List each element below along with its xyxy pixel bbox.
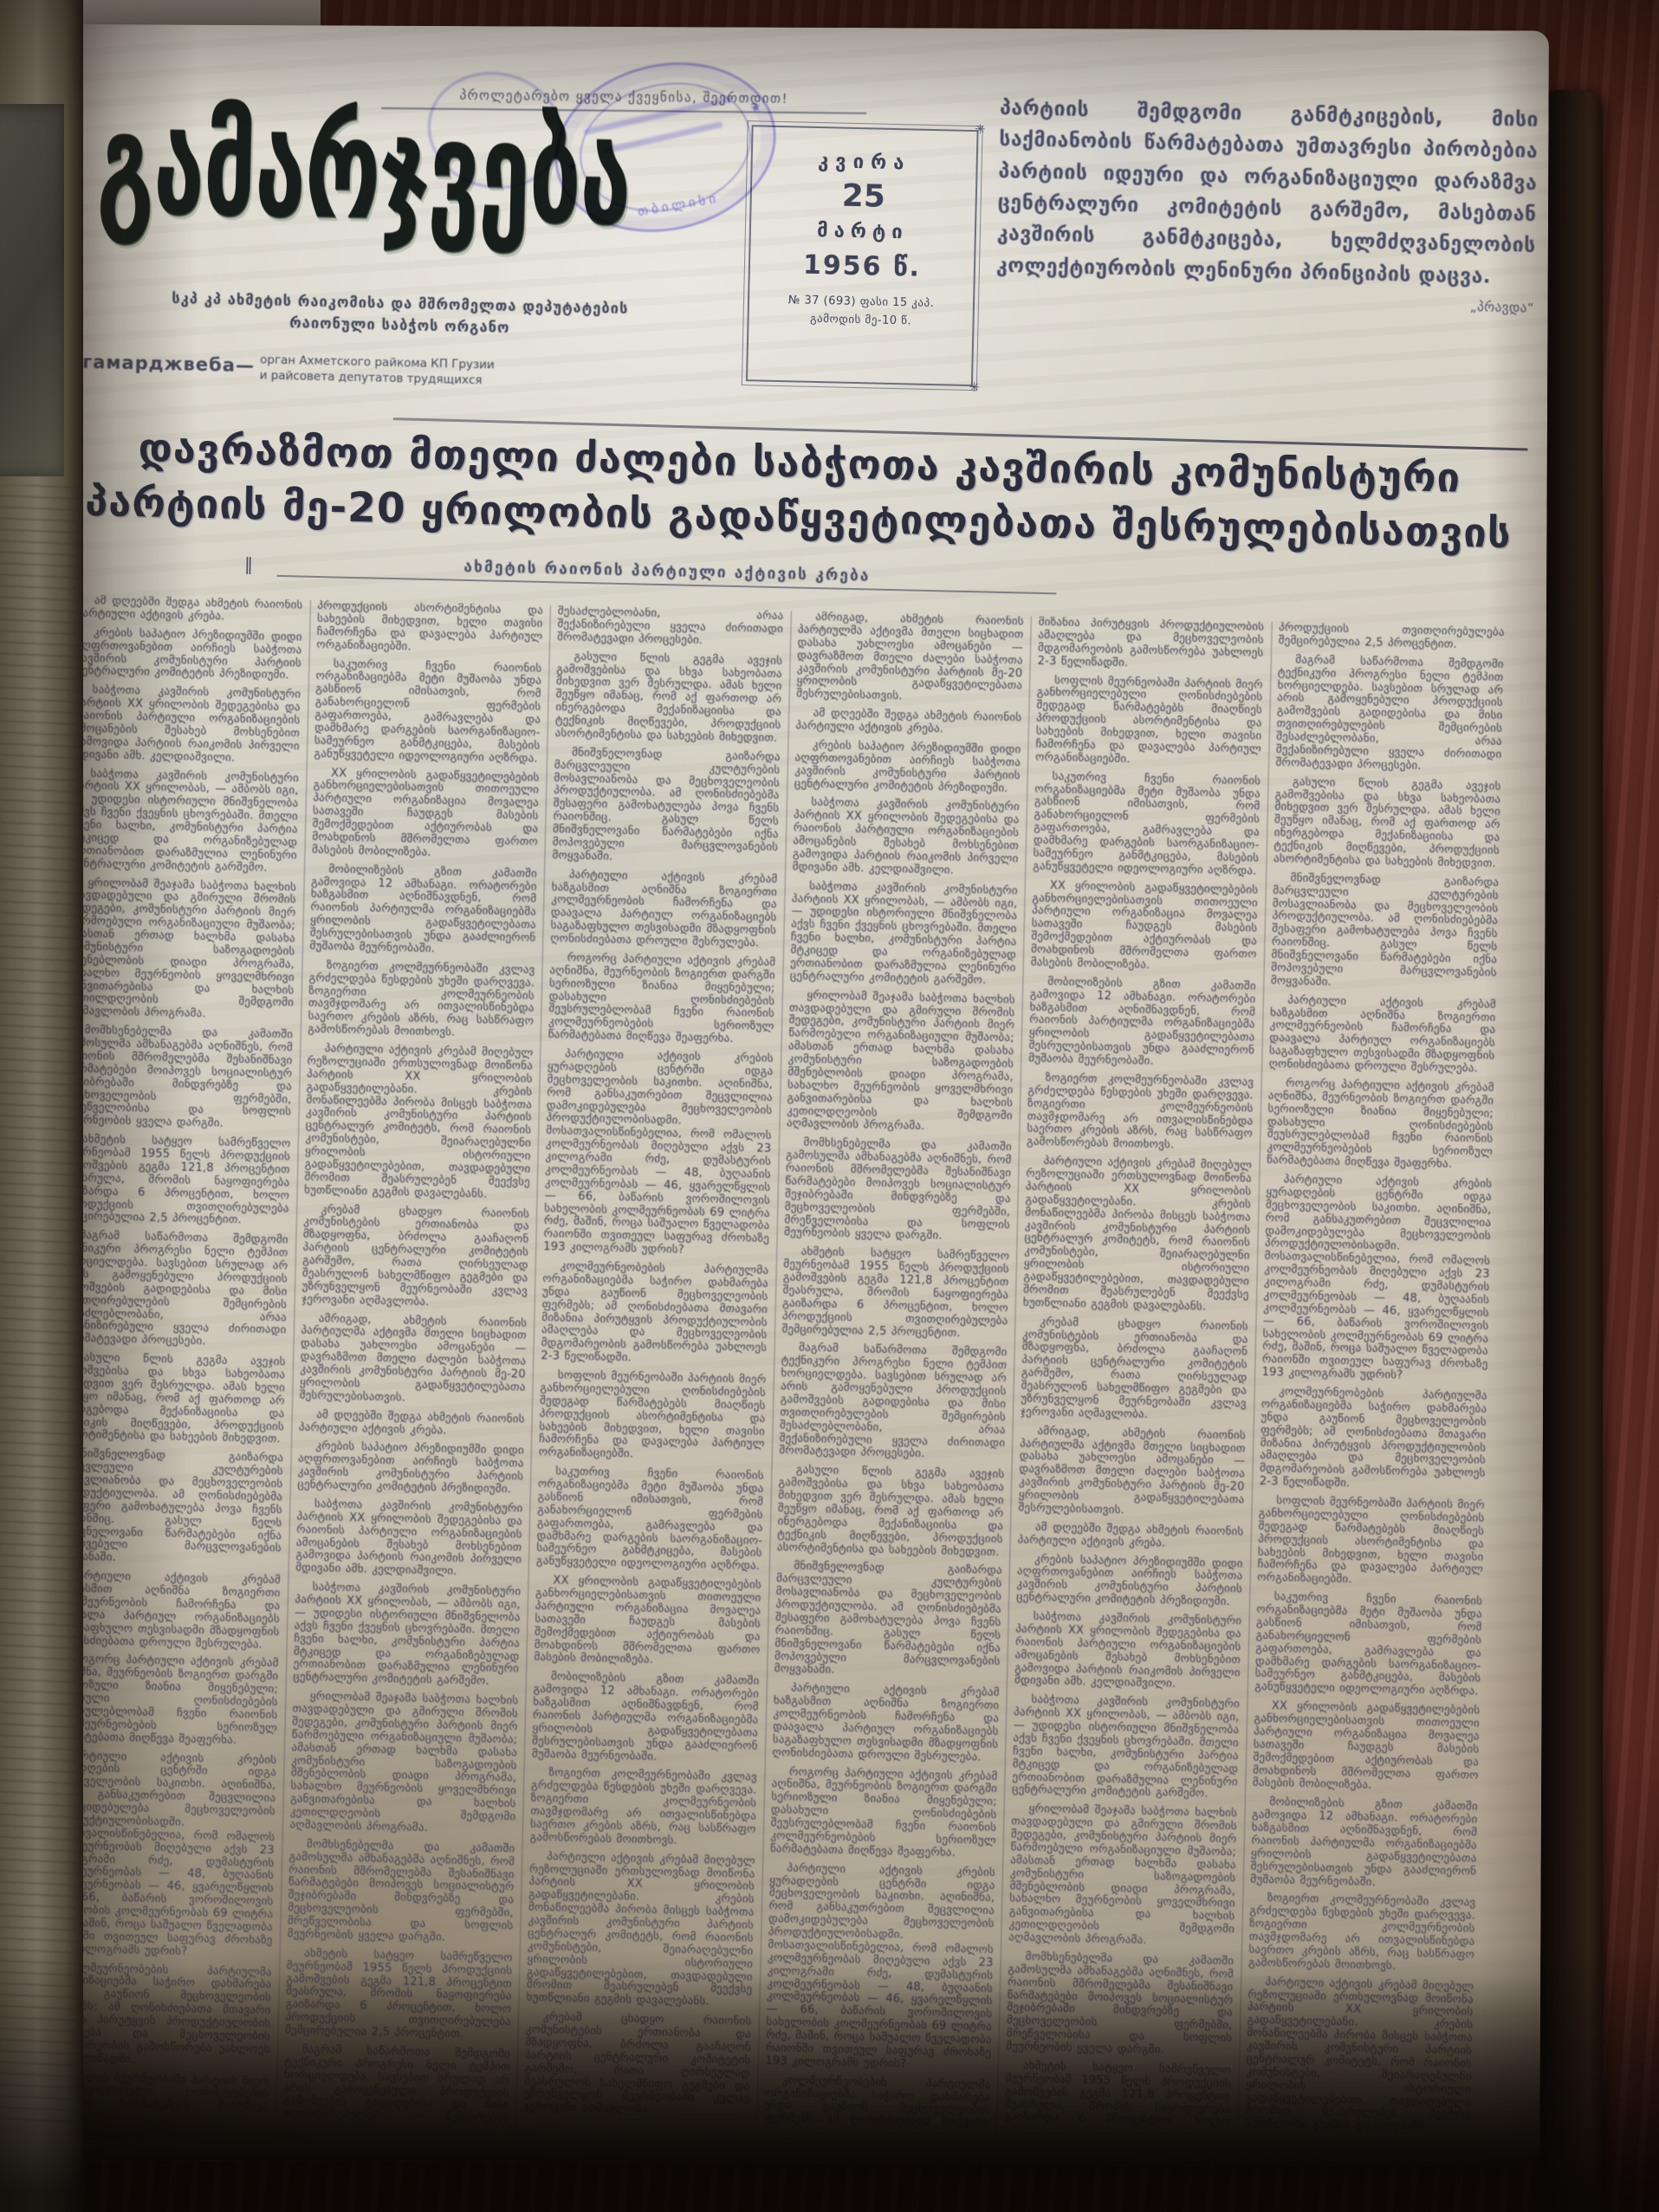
article-paragraph: როგორც პარტიული აქტივის კრებამ აღნიშნა, … xyxy=(548,952,776,1047)
newspaper-title: გამარჯვება xyxy=(95,82,800,260)
article-paragraph: ახმეტის სატყეო სამრეწველო მეურნეობამ 195… xyxy=(781,1246,1009,1342)
article-paragraph: კრების საპატიო პრეზიდიუმში დიდი აღფრთოვა… xyxy=(794,739,1021,795)
article-paragraph: საკუთრივ ჩვენი რაიონის ორგანიზაციებმა მე… xyxy=(1254,1591,1482,1699)
article-paragraph: როგორც პარტიული აქტივის კრებამ აღნიშნა, … xyxy=(1267,1077,1494,1173)
article-paragraph: კრების საპატიო პრეზიდიუმში დიდი აღფრთოვა… xyxy=(297,1440,524,1497)
article-paragraph: საბჭოთა კავშირის კომუნისტური პარტიის XX … xyxy=(1012,1694,1240,1802)
article-paragraph: კოლმეურნეობების პარტიულმა ორგანიზაციებმა… xyxy=(1260,1386,1487,1494)
publication-note: გამოდის მე-10 წ. xyxy=(748,311,972,329)
article-paragraph: ამრიგად, ახმეტის რაიონის პარტიულმა აქტივ… xyxy=(796,611,1024,707)
article-paragraph: კრების საპატიო პრეზიდიუმში დიდი აღფრთოვა… xyxy=(1016,1553,1243,1609)
article-paragraph: მომხსენებელმა და კამათში გამოსულმა ამხან… xyxy=(287,1838,515,1946)
article-paragraph: კრებამ ცხადყო რაიონის კომუნისტების ერთია… xyxy=(301,1203,529,1311)
article-paragraph: ამრიგად, ახმეტის რაიონის პარტიულმა აქტივ… xyxy=(300,1312,528,1407)
article-paragraph: საბჭოთა კავშირის კომუნისტური პარტიის XX … xyxy=(293,1581,521,1690)
article-paragraph: მნიშვნელოვნად გაიზარდა მარცვლეული კულტურ… xyxy=(552,747,780,868)
article-paragraph: საკუთრივ ჩვენი რაიონის ორგანიზაციებმა მე… xyxy=(314,657,541,766)
previous-page-photo xyxy=(0,104,64,476)
article-paragraph: მობილიზების გზით კამათში გამოვიდა 12 ამხ… xyxy=(309,863,537,959)
article-paragraph: საბჭოთა კავშირის კომუნისტური პარტიის XX … xyxy=(793,797,1020,879)
article-paragraph: პარტიული აქტივის კრებამ ხაზგასმით აღნიშნ… xyxy=(772,1683,999,1765)
article-paragraph: მომხსენებელმა და კამათში გამოსულმა ამხან… xyxy=(784,1137,1012,1245)
article-paragraph: ზოგიერთ კოლმეურნეობაში კვლავ გრძელდება წ… xyxy=(1248,1892,1475,1975)
article-paragraph: ზოგიერთ კოლმეურნეობაში კვლავ გრძელდება წ… xyxy=(308,960,535,1042)
corner-star-icon: ✳ xyxy=(969,379,980,395)
article-paragraph: გასული წლის გეგმა ავეჯის გამოშვებისა და … xyxy=(554,650,782,746)
subhead-block: ‖ ახმეტის რაიონის პარტიული აქტივის კრება xyxy=(277,554,1057,594)
newspaper-page: პროლეტარებო ყველა ქვეყნისა, შეერთდით! გა… xyxy=(42,24,1549,2167)
corner-star-icon: ✳ xyxy=(975,121,986,137)
article-paragraph: ამრიგად, ახმეტის რაიონის პარტიულმა აქტივ… xyxy=(1018,1425,1246,1520)
article-paragraph: მობილიზების გზით კამათში გამოვიდა 12 ამხ… xyxy=(532,1671,760,1766)
article-paragraph: ყრილობამ შეაჯამა საბჭოთა ხალხის თავდადებ… xyxy=(289,1691,518,1837)
date-month: მარტი xyxy=(751,218,975,245)
article-paragraph: მაგრამ საწარმოთა შემდგომი ტექნიკური პროგ… xyxy=(1275,654,1503,775)
page-content: პროლეტარებო ყველა ქვეყნისა, შეერთდით! გა… xyxy=(42,27,1526,2167)
article-paragraph: ამ დღეებში შედგა ახმეტის რაიონის პარტიულ… xyxy=(299,1408,525,1439)
article-paragraph: მნიშვნელოვნად გაიზარდა მარცვლეული კულტურ… xyxy=(774,1561,1002,1682)
article-paragraph: გასული წლის გეგმა ავეჯის გამოშვებისა და … xyxy=(777,1465,1005,1560)
pravda-quote: პარტიის შემდგომი განმტკიცების, მისი საქმ… xyxy=(995,93,1539,320)
article-paragraph: ზოგიერთ კოლმეურნეობაში კვლავ გრძელდება წ… xyxy=(530,1767,757,1849)
article-paragraph: კრებამ ცხადყო რაიონის კომუნისტების ერთია… xyxy=(1021,1316,1248,1424)
issue-number: № 37 (693) ფასი 15 კაპ. xyxy=(749,293,973,311)
article-paragraph: სოფლის მეურნეობაში პარტიის მიერ განხორცი… xyxy=(539,1369,767,1465)
article-paragraph: მობილიზების გზით კამათში გამოვიდა 12 ამხ… xyxy=(1028,976,1256,1071)
article-paragraph: სოფლის მეურნეობაში პარტიის მიერ განხორცი… xyxy=(1035,674,1263,769)
article-paragraph: XX ყრილობის გადაწყვეტილებების განხორციელ… xyxy=(312,766,540,862)
article-paragraph: ყრილობამ შეაჯამა საბჭოთა ხალხის თავდადებ… xyxy=(787,989,1015,1135)
article-paragraph: კოლმეურნეობების პარტიულმა ორგანიზაციებმა… xyxy=(541,1260,768,1368)
article-paragraph: პარტიული აქტივის კრების ყურადღების ცენტრ… xyxy=(1261,1174,1492,1385)
article-columns: ამ დღეებში შედგა ახმეტის რაიონის პარტიულ… xyxy=(42,595,1504,2153)
article-paragraph: XX ყრილობის გადაწყვეტილებების განხორციელ… xyxy=(1253,1700,1481,1795)
bottom-page-shadow xyxy=(42,1969,1540,2167)
article-paragraph: ამ დღეებში შედგა ახმეტის რაიონის პარტიულ… xyxy=(795,708,1021,739)
article-paragraph: მნიშვნელოვნად გაიზარდა მარცვლეული კულტურ… xyxy=(1271,872,1499,993)
date-day: 25 xyxy=(751,176,975,217)
date-year: 1956 წ. xyxy=(750,249,975,284)
article-paragraph: საბჭოთა კავშირის კომუნისტური პარტიის XX … xyxy=(790,880,1018,988)
article-paragraph: გასული წლის გეგმა ავეჯის გამოშვებისა და … xyxy=(1273,776,1501,871)
article-paragraph: როგორც პარტიული აქტივის კრებამ აღნიშნა, … xyxy=(770,1766,998,1861)
article-paragraph: პარტიული აქტივის კრებამ ხაზგასმით აღნიშნ… xyxy=(1269,994,1496,1077)
previous-page-text-blur xyxy=(0,485,83,2131)
article-paragraph: საკუთრივ ჩვენი რაიონის ორგანიზაციებმა მე… xyxy=(536,1465,764,1574)
article-paragraph: პარტიული აქტივის კრებამ ხაზგასმით აღნიშნ… xyxy=(550,869,777,951)
article-paragraph: XX ყრილობის გადაწყვეტილებების განხორციელ… xyxy=(1031,879,1259,974)
pravda-quote-source: „პრავდა“ xyxy=(995,287,1534,320)
article-paragraph: მაგრამ საწარმოთა შემდგომი ტექნიკური პროგ… xyxy=(779,1342,1007,1464)
previous-page xyxy=(0,0,83,2212)
article-paragraph: მობილიზების გზით კამათში გამოვიდა 12 ამხ… xyxy=(1250,1796,1478,1892)
right-edge-shading xyxy=(1479,30,1549,2166)
article-paragraph: პარტიული აქტივის კრებამ მიღებულ რეზოლუცი… xyxy=(304,1043,533,1202)
date-weekday: კვირა xyxy=(752,149,976,176)
article-paragraph: ზოგიერთ კოლმეურნეობაში კვლავ გრძელდება წ… xyxy=(1027,1072,1254,1155)
article-paragraph: საკუთრივ ჩვენი რაიონის ორგანიზაციებმა მე… xyxy=(1033,770,1260,878)
photo-of-newspaper: { "colors": { "wood": "#5e2a21", "wood-d… xyxy=(0,0,1659,2212)
article-paragraph: ყრილობამ შეაჯამა საბჭოთა ხალხის თავდადებ… xyxy=(1008,1803,1237,1950)
article-paragraph: ამ დღეებში შედგა ახმეტის რაიონის პარტიულ… xyxy=(1017,1521,1243,1552)
section-mark: ‖ xyxy=(244,553,254,574)
article-paragraph: პარტიული აქტივის კრების ყურადღების ცენტრ… xyxy=(543,1048,774,1259)
article-paragraph: სოფლის მეურნეობაში პარტიის მიერ განხორცი… xyxy=(1257,1495,1485,1590)
date-box: ✳ ✳ კვირა 25 მარტი 1956 წ. № 37 (693) ფა… xyxy=(746,125,979,386)
pravda-quote-text: პარტიის შემდგომი განმტკიცების, მისი საქმ… xyxy=(996,97,1539,288)
article-paragraph: საბჭოთა კავშირის კომუნისტური პარტიის XX … xyxy=(1014,1611,1241,1693)
article-paragraph: საბჭოთა კავშირის კომუნისტური პარტიის XX … xyxy=(295,1498,522,1581)
article-paragraph: XX ყრილობის გადაწყვეტილებების განხორციელ… xyxy=(534,1575,761,1670)
article-paragraph: პარტიული აქტივის კრებამ მიღებულ რეზოლუცი… xyxy=(1023,1155,1252,1315)
